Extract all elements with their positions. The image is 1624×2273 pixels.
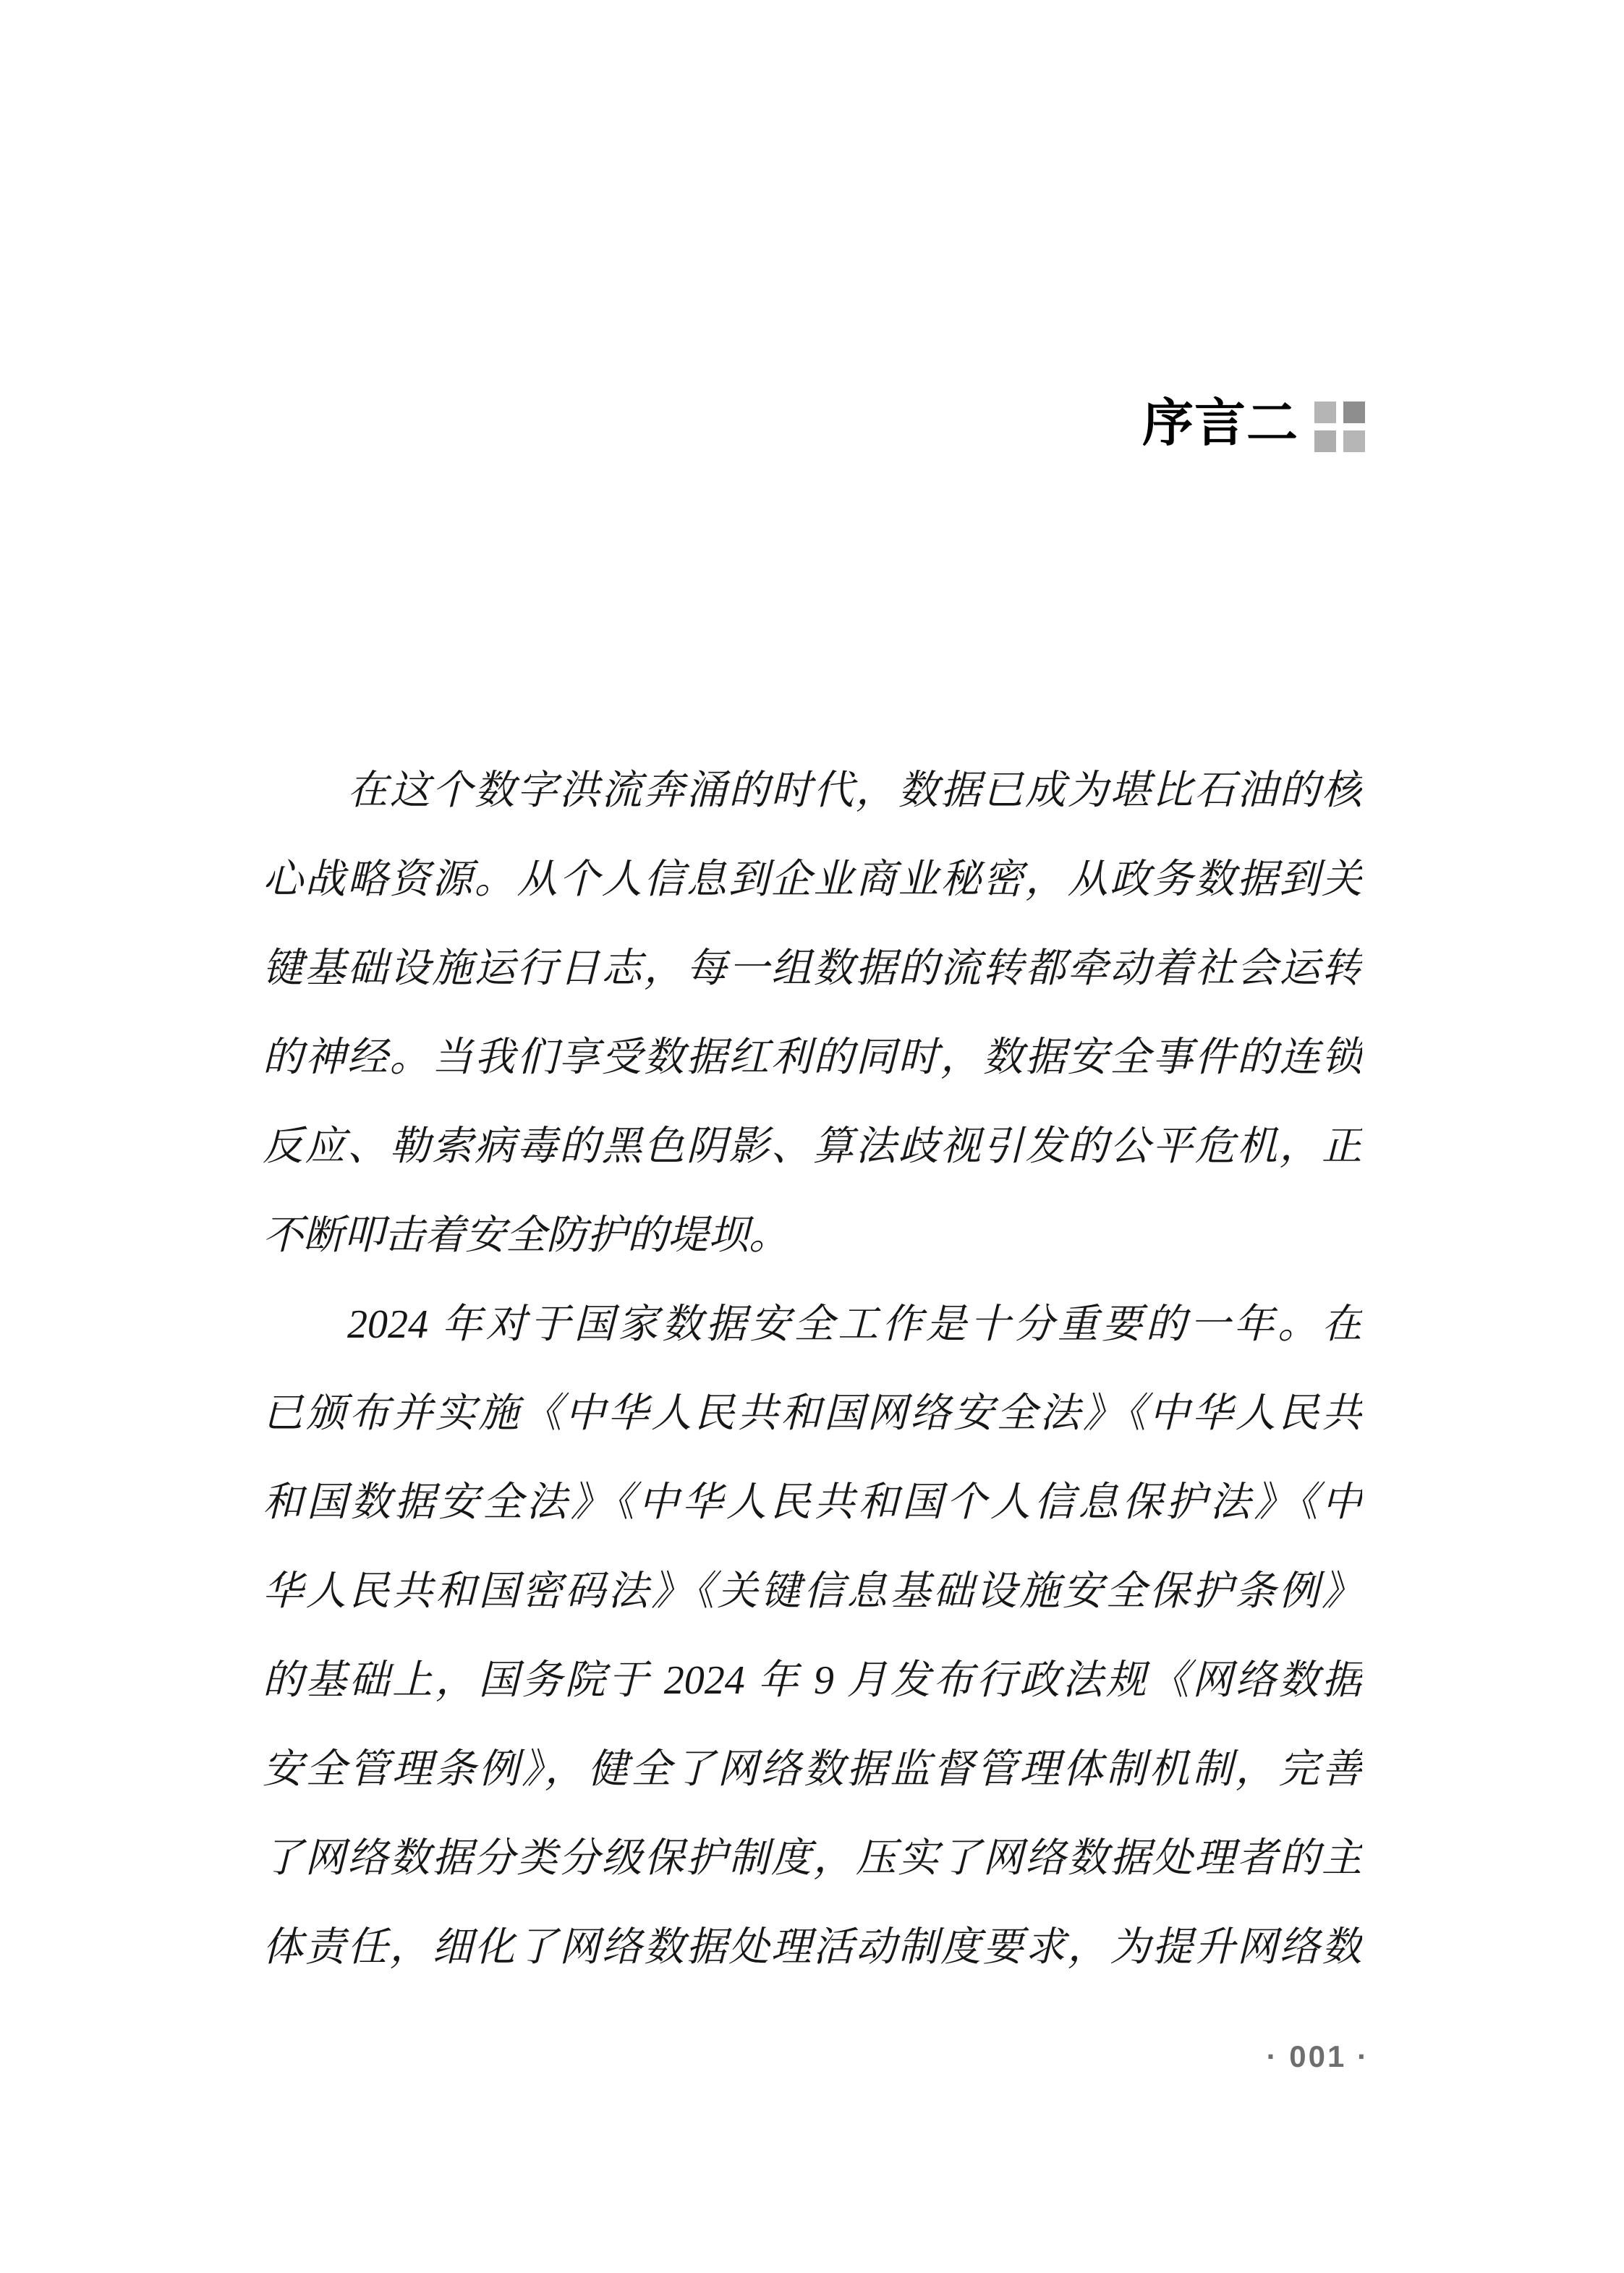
text-line: 心战略资源。从个人信息到企业商业秘密，从政务数据到关	[263, 836, 1362, 925]
text-line: 体责任，细化了网络数据处理活动制度要求，为提升网络数	[263, 1903, 1362, 1992]
preface-title-block: 序言二	[1142, 395, 1365, 453]
text-line: 华人民共和国密码法》《关键信息基础设施安全保护条例》	[263, 1547, 1362, 1636]
text-line: 不断叩击着安全防护的堤坝。	[263, 1191, 1362, 1280]
paragraph-2: 2024 年对于国家数据安全工作是十分重要的一年。在已颁布并实施《中华人民共和国…	[263, 1280, 1362, 1992]
book-page: 序言二 在这个数字洪流奔涌的时代，数据已成为堪比石油的核心战略资源。从个人信息到…	[0, 0, 1624, 2273]
page-title: 序言二	[1142, 395, 1298, 453]
preface-body: 在这个数字洪流奔涌的时代，数据已成为堪比石油的核心战略资源。从个人信息到企业商业…	[263, 747, 1362, 1992]
text-line: 已颁布并实施《中华人民共和国网络安全法》《中华人民共	[263, 1369, 1362, 1458]
text-line: 在这个数字洪流奔涌的时代，数据已成为堪比石油的核	[263, 747, 1362, 836]
text-line: 反应、勒索病毒的黑色阴影、算法歧视引发的公平危机，正	[263, 1102, 1362, 1191]
top-left-square	[1314, 402, 1336, 423]
title-decoration-squares-icon	[1314, 402, 1365, 452]
text-line: 的神经。当我们享受数据红利的同时，数据安全事件的连锁	[263, 1014, 1362, 1102]
text-line: 键基础设施运行日志，每一组数据的流转都牵动着社会运转	[263, 925, 1362, 1014]
text-line: 2024 年对于国家数据安全工作是十分重要的一年。在	[263, 1280, 1362, 1369]
bottom-left-square	[1314, 430, 1336, 452]
page-number: · 001 ·	[1267, 2040, 1369, 2073]
top-right-square	[1343, 402, 1365, 423]
bottom-right-square	[1343, 430, 1365, 452]
text-line: 安全管理条例》，健全了网络数据监督管理体制机制，完善	[263, 1725, 1362, 1814]
text-line: 和国数据安全法》《中华人民共和国个人信息保护法》《中	[263, 1458, 1362, 1547]
text-line: 的基础上，国务院于 2024 年 9 月发布行政法规《网络数据	[263, 1636, 1362, 1725]
text-line: 了网络数据分类分级保护制度，压实了网络数据处理者的主	[263, 1814, 1362, 1903]
paragraph-1: 在这个数字洪流奔涌的时代，数据已成为堪比石油的核心战略资源。从个人信息到企业商业…	[263, 747, 1362, 1280]
